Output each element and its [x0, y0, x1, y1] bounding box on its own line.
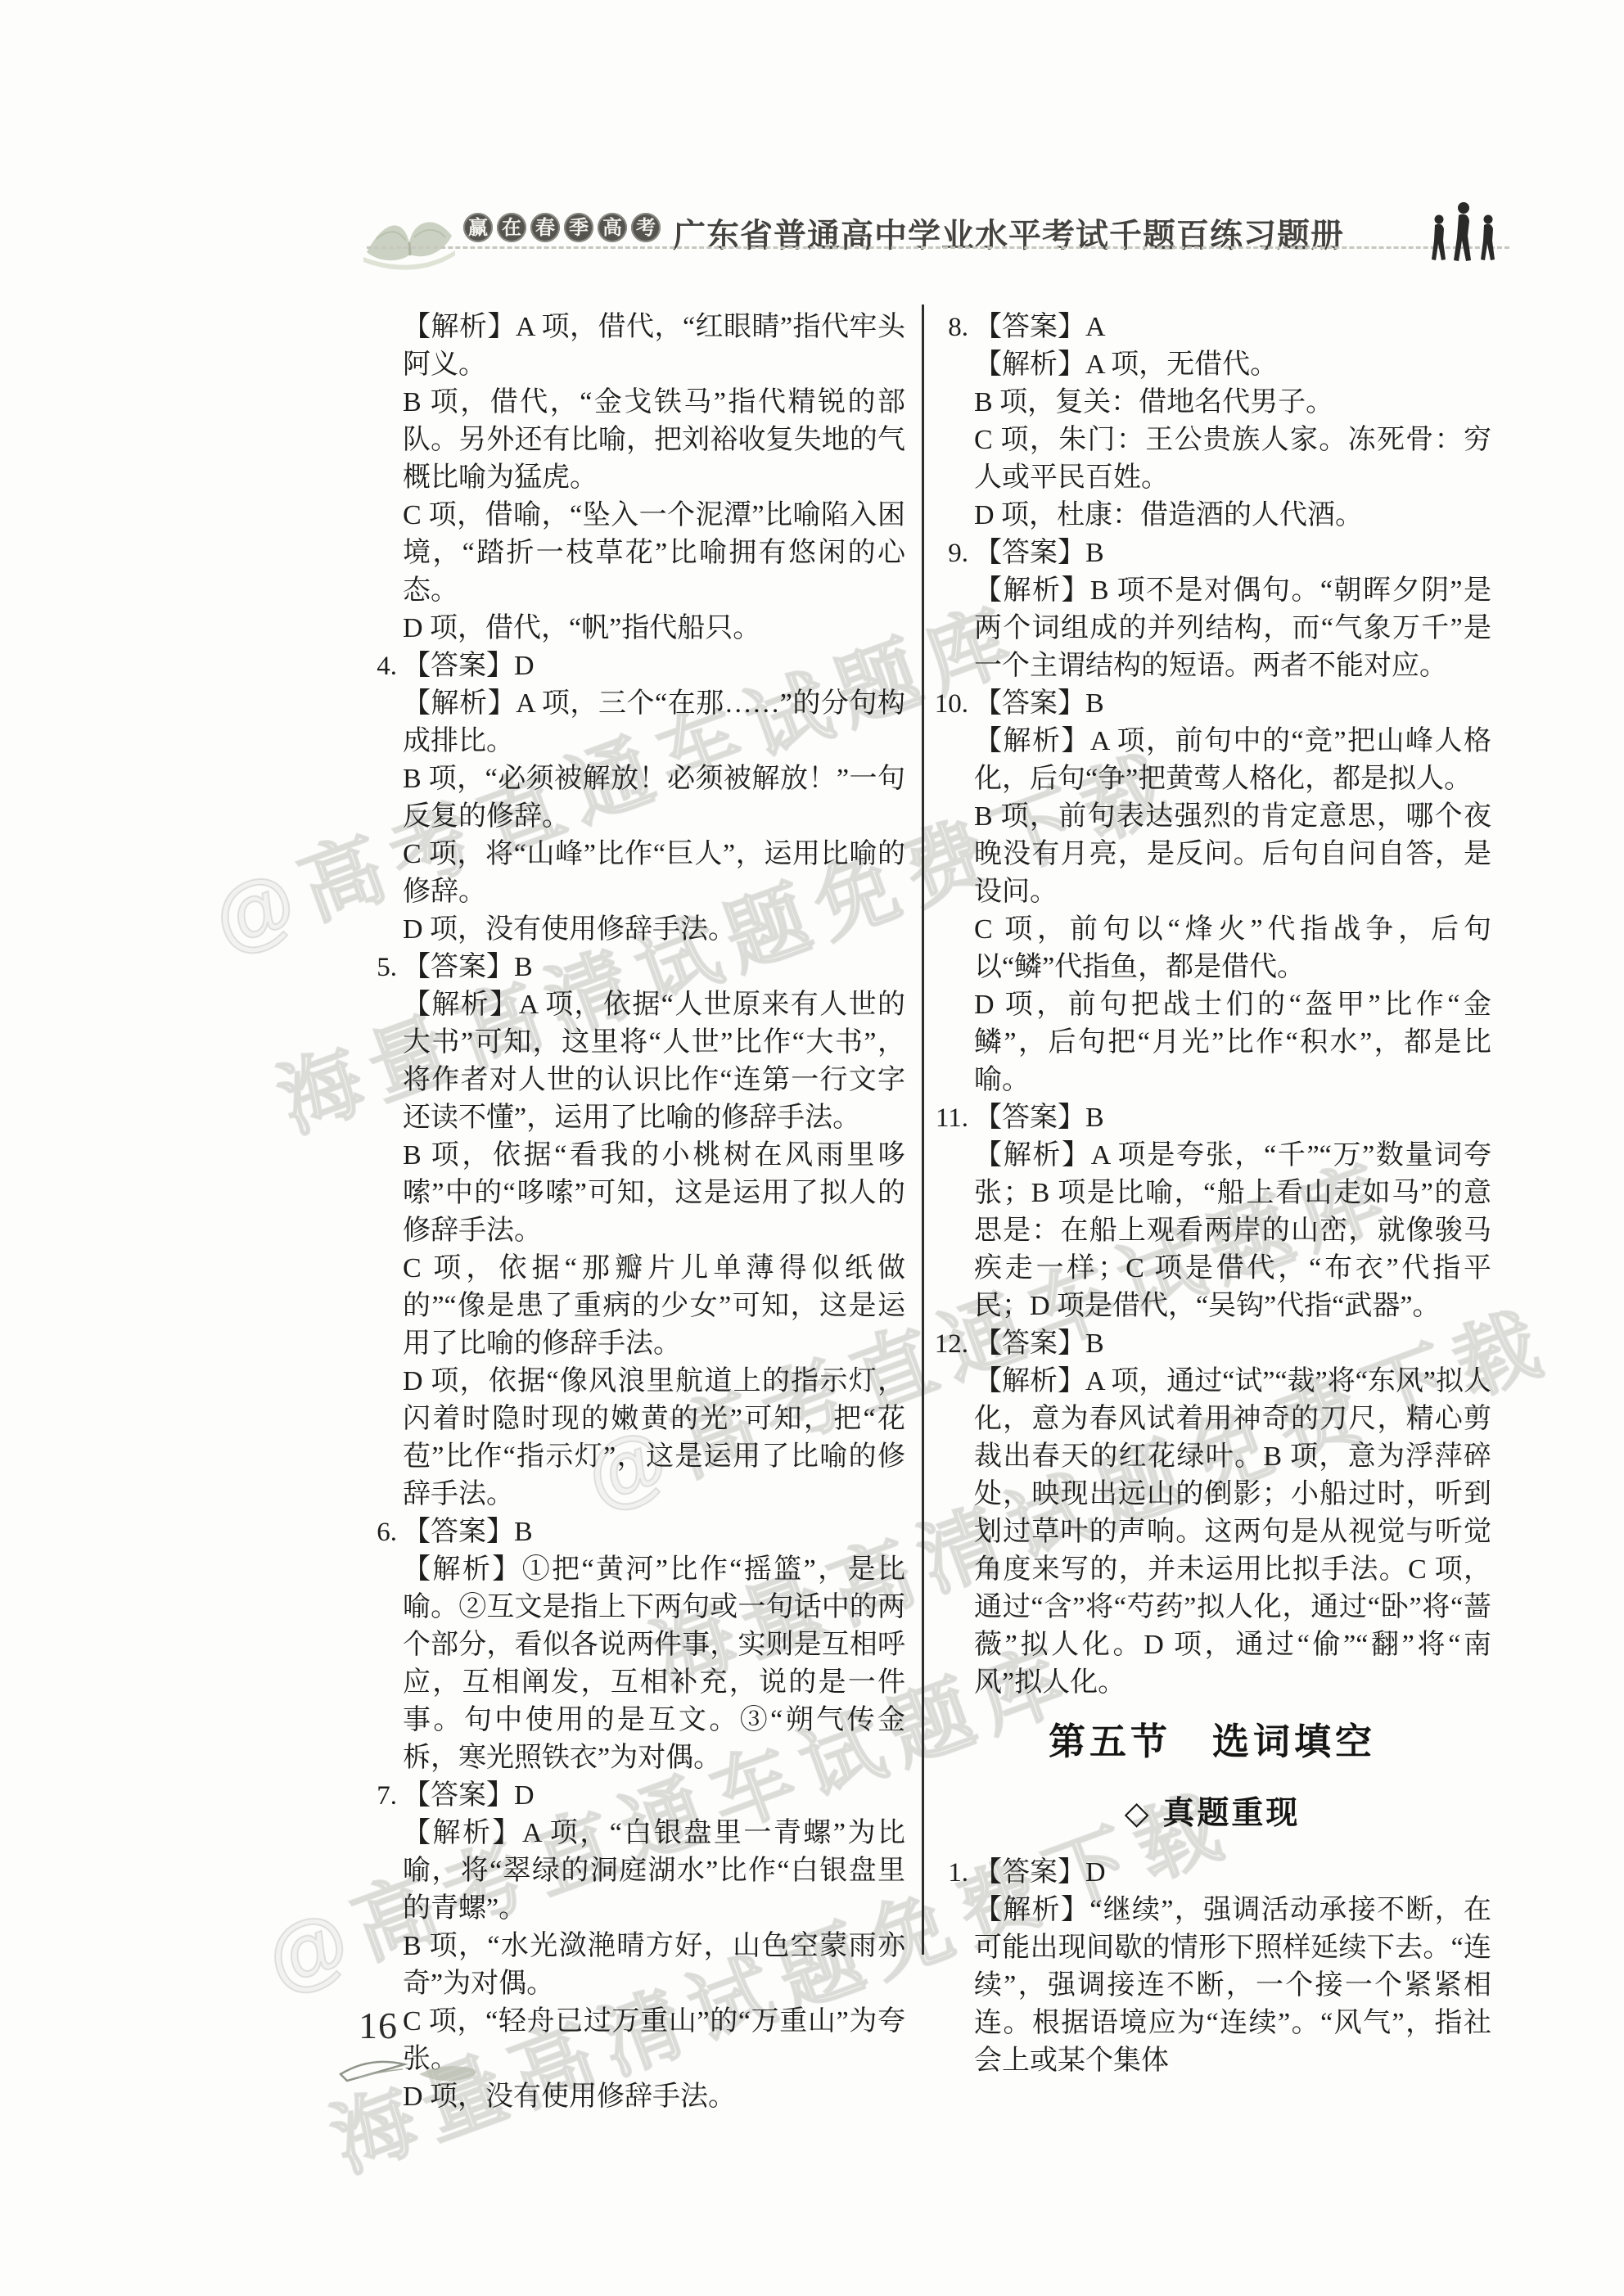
header-divider: [367, 246, 1509, 249]
analysis-paragraph: D 项，前句把战士们的“盔甲”比作“金鳞”，后句把“月光”比作“积水”，都是比喻…: [974, 986, 1491, 1099]
answer-line: 【答案】D: [974, 1854, 1491, 1892]
analysis-paragraph: 【解析】A 项是夸张，“千”“万”数量词夸张；B 项是比喻，“船上看山走如马”的…: [974, 1137, 1491, 1325]
analysis-paragraph: 【解析】①把“黄河”比作“摇篮”，是比喻。②互文是指上下两句或一句话中的两个部分…: [403, 1551, 905, 1777]
answer-item: 12.【答案】B【解析】A 项，通过“试”“裁”将“东风”拟人化，意为春风试着用…: [933, 1325, 1491, 1702]
right-column-answers: 8.【答案】A【解析】A 项，无借代。B 项，复关：借地名代男子。C 项，朱门：…: [933, 309, 1491, 1702]
answer-item: 9.【答案】B【解析】B 项不是对偶句。“朝晖夕阴”是两个词组成的并列结构，而“…: [933, 535, 1491, 685]
analysis-paragraph: C 项，依据“那瓣片儿单薄得似纸做的”“像是患了重病的少女”可知，这是运用了比喻…: [403, 1250, 905, 1363]
section-subheading: ◇ 真题重现: [933, 1795, 1491, 1833]
analysis-paragraph: 【解析】B 项不是对偶句。“朝晖夕阴”是两个词组成的并列结构，而“气象万千”是一…: [974, 572, 1491, 685]
page-number: 16: [359, 2004, 398, 2047]
item-content: 【答案】B【解析】A 项，依据“人世原来有人世的大书”可知，这里将“人世”比作“…: [403, 949, 905, 1513]
item-number: 9.: [933, 535, 974, 685]
analysis-paragraph: 【解析】A 项，依据“人世原来有人世的大书”可知，这里将“人世”比作“大书”，将…: [403, 986, 905, 1137]
analysis-paragraph: C 项，将“山峰”比作“巨人”，运用比喻的修辞。: [403, 836, 905, 911]
analysis-paragraph: C 项，前句以“烽火”代指战争，后句以“鳞”代指鱼，都是借代。: [974, 911, 1491, 986]
item-content: 【解析】A 项，借代，“红眼睛”指代牢头阿义。B 项，借代，“金戈铁马”指代精锐…: [403, 309, 905, 647]
analysis-paragraph: 【解析】A 项，借代，“红眼睛”指代牢头阿义。: [403, 309, 905, 384]
item-content: 【答案】B【解析】A 项，通过“试”“裁”将“东风”拟人化，意为春风试着用神奇的…: [974, 1325, 1491, 1702]
answer-item: 10.【答案】B【解析】A 项，前句中的“竞”把山峰人格化，后句“争”把黄莺人格…: [933, 685, 1491, 1099]
answer-item: 5.【答案】B【解析】A 项，依据“人世原来有人世的大书”可知，这里将“人世”比…: [363, 949, 905, 1513]
right-column: 8.【答案】A【解析】A 项，无借代。B 项，复关：借地名代男子。C 项，朱门：…: [933, 309, 1491, 2080]
answer-line: 【答案】B: [974, 685, 1491, 723]
answer-item: 8.【答案】A【解析】A 项，无借代。B 项，复关：借地名代男子。C 项，朱门：…: [933, 309, 1491, 535]
answer-line: 【答案】B: [974, 535, 1491, 572]
item-number: 1.: [933, 1854, 974, 2080]
running-people-icon: [1426, 201, 1501, 269]
answer-line: 【答案】B: [974, 1099, 1491, 1137]
analysis-paragraph: D 项，杜康：借造酒的人代酒。: [974, 497, 1491, 535]
analysis-paragraph: D 项，依据“像风浪里航道上的指示灯，闪着时隐时现的嫩黄的光”可知，把“花苞”比…: [403, 1363, 905, 1513]
analysis-paragraph: D 项，借代，“帆”指代船只。: [403, 610, 905, 647]
analysis-paragraph: 【解析】A 项，通过“试”“裁”将“东风”拟人化，意为春风试着用神奇的刀尺，精心…: [974, 1363, 1491, 1702]
answer-item: 4.【答案】D【解析】A 项，三个“在那……”的分句构成排比。B 项，“必须被解…: [363, 647, 905, 949]
analysis-paragraph: B 项，依据“看我的小桃树在风雨里哆嗦”中的“哆嗦”可知，这是运用了拟人的修辞手…: [403, 1137, 905, 1250]
analysis-paragraph: 【解析】“继续”，强调活动承接不断，在可能出现间歇的情形下照样延续下去。“连续”…: [974, 1892, 1491, 2080]
answer-item: 6.【答案】B【解析】①把“黄河”比作“摇篮”，是比喻。②互文是指上下两句或一句…: [363, 1513, 905, 1777]
analysis-paragraph: D 项，没有使用修辞手法。: [403, 911, 905, 949]
analysis-paragraph: B 项，“水光潋滟晴方好，山色空蒙雨亦奇”为对偶。: [403, 1928, 905, 2003]
analysis-paragraph: C 项，借喻，“坠入一个泥潭”比喻陷入困境，“踏折一枝草花”比喻拥有悠闲的心态。: [403, 497, 905, 610]
brand-badge-char: 在: [497, 213, 526, 242]
item-content: 【答案】A【解析】A 项，无借代。B 项，复关：借地名代男子。C 项，朱门：王公…: [974, 309, 1491, 535]
leaf-decoration-icon: [334, 2053, 514, 2096]
answer-line: 【答案】B: [403, 949, 905, 986]
brand-badge-char: 高: [598, 213, 627, 242]
column-divider: [922, 304, 924, 1955]
answer-item: 【解析】A 项，借代，“红眼睛”指代牢头阿义。B 项，借代，“金戈铁马”指代精锐…: [363, 309, 905, 647]
item-number: 12.: [933, 1325, 974, 1702]
answer-line: 【答案】A: [974, 309, 1491, 346]
analysis-paragraph: B 项，前句表达强烈的肯定意思，哪个夜晚没有月亮，是反问。后句自问自答，是设问。: [974, 798, 1491, 911]
answer-item: 1.【答案】D【解析】“继续”，强调活动承接不断，在可能出现间歇的情形下照样延续…: [933, 1854, 1491, 2080]
brand-badges: 赢在春季高考: [463, 213, 661, 242]
answer-line: 【答案】D: [403, 1777, 905, 1815]
item-number: 10.: [933, 685, 974, 1099]
page-title: 广东省普通高中学业水平考试千题百练习题册: [673, 210, 1344, 256]
answer-item: 11.【答案】B【解析】A 项是夸张，“千”“万”数量词夸张；B 项是比喻，“船…: [933, 1099, 1491, 1325]
answer-line: 【答案】B: [403, 1513, 905, 1551]
item-content: 【答案】D【解析】“继续”，强调活动承接不断，在可能出现间歇的情形下照样延续下去…: [974, 1854, 1491, 2080]
analysis-paragraph: B 项，“必须被解放！必须被解放！”一句反复的修辞。: [403, 760, 905, 836]
analysis-paragraph: 【解析】A 项，无借代。: [974, 346, 1491, 384]
item-number: 5.: [363, 949, 403, 1513]
item-content: 【答案】B【解析】A 项，前句中的“竞”把山峰人格化，后句“争”把黄莺人格化，都…: [974, 685, 1491, 1099]
item-number: 4.: [363, 647, 403, 949]
item-content: 【答案】B【解析】B 项不是对偶句。“朝晖夕阴”是两个词组成的并列结构，而“气象…: [974, 535, 1491, 685]
item-number: 11.: [933, 1099, 974, 1325]
item-content: 【答案】D【解析】A 项，三个“在那……”的分句构成排比。B 项，“必须被解放！…: [403, 647, 905, 949]
analysis-paragraph: 【解析】A 项，“白银盘里一青螺”为比喻，将“翠绿的洞庭湖水”比作“白银盘里的青…: [403, 1815, 905, 1928]
answer-line: 【答案】B: [974, 1325, 1491, 1363]
analysis-paragraph: 【解析】A 项，三个“在那……”的分句构成排比。: [403, 685, 905, 760]
analysis-paragraph: 【解析】A 项，前句中的“竞”把山峰人格化，后句“争”把黄莺人格化，都是拟人。: [974, 723, 1491, 798]
section-answers: 1.【答案】D【解析】“继续”，强调活动承接不断，在可能出现间歇的情形下照样延续…: [933, 1854, 1491, 2080]
publisher-book-logo-icon: [360, 206, 458, 277]
brand-badge-char: 春: [530, 213, 560, 242]
item-content: 【答案】B【解析】①把“黄河”比作“摇篮”，是比喻。②互文是指上下两句或一句话中…: [403, 1513, 905, 1777]
left-column: 【解析】A 项，借代，“红眼睛”指代牢头阿义。B 项，借代，“金戈铁马”指代精锐…: [363, 309, 905, 2116]
answer-line: 【答案】D: [403, 647, 905, 685]
brand-badge-char: 季: [564, 213, 593, 242]
analysis-paragraph: B 项，复关：借地名代男子。: [974, 384, 1491, 422]
brand-badge-char: 赢: [463, 213, 493, 242]
item-number: 8.: [933, 309, 974, 535]
analysis-paragraph: B 项，借代，“金戈铁马”指代精锐的部队。另外还有比喻，把刘裕收复失地的气概比喻…: [403, 384, 905, 497]
item-content: 【答案】B【解析】A 项是夸张，“千”“万”数量词夸张；B 项是比喻，“船上看山…: [974, 1099, 1491, 1325]
section-heading: 第五节 选词填空: [933, 1723, 1491, 1761]
analysis-paragraph: C 项，朱门：王公贵族人家。冻死骨：穷人或平民百姓。: [974, 422, 1491, 497]
item-number: 6.: [363, 1513, 403, 1777]
brand-badge-char: 考: [631, 213, 661, 242]
item-number: [363, 309, 403, 647]
scanned-workbook-page: @高考直通车试题库 海量高清试题免费下载 @高考直通车试题库 海量高清试题免费下…: [0, 0, 1624, 2296]
